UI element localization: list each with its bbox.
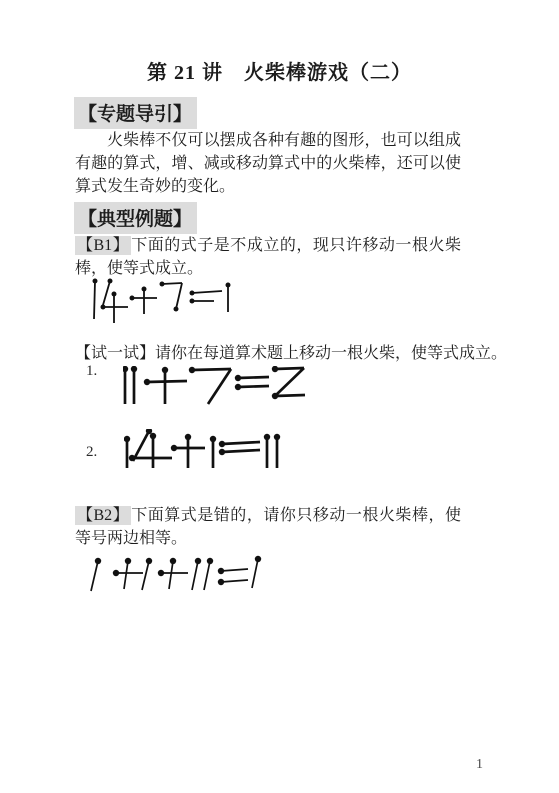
section-header-examples: 【典型例题】 [74,202,197,234]
problem-b1: 【B1】下面的式子是不成立的，现只许移动一根火柴棒，使等式成立。 [75,234,461,280]
scanned-textbook-page: 第 21 讲 火柴棒游戏（二） 【专题导引】 火柴棒不仅可以摆成各种有趣的图形，… [0,0,559,793]
intro-paragraph: 火柴棒不仅可以摆成各种有趣的图形，也可以组成有趣的算式，增、减或移动算式中的火柴… [75,129,461,198]
matchstick-equation-try1 [123,366,309,408]
try-item-2-number: 2. [86,444,97,461]
problem-b2-text: 下面算式是错的，请你只移动一根火柴棒，使等号两边相等。 [75,507,461,547]
try-it-prompt: 【试一试】请你在每道算术题上移动一根火柴，使等式成立。 [75,342,495,365]
try-item-1-number: 1. [86,363,97,380]
problem-b1-text: 下面的式子是不成立的，现只许移动一根火柴棒，使等式成立。 [75,237,461,277]
matchstick-equation-b1 [88,278,238,328]
problem-b1-label: 【B1】 [75,236,131,255]
try-it-label: 【试一试】 [75,345,155,362]
matchstick-equation-try2 [124,429,284,472]
lesson-title: 第 21 讲 火柴棒游戏（二） [147,56,412,85]
try-it-text: 请你在每道算术题上移动一根火柴，使等式成立。 [155,345,507,362]
problem-b2-label: 【B2】 [75,506,131,525]
matchstick-equation-b2 [88,555,266,595]
problem-b2: 【B2】下面算式是错的，请你只移动一根火柴棒，使等号两边相等。 [75,504,461,550]
page-number: 1 [476,757,483,773]
section-header-intro: 【专题导引】 [74,97,197,129]
